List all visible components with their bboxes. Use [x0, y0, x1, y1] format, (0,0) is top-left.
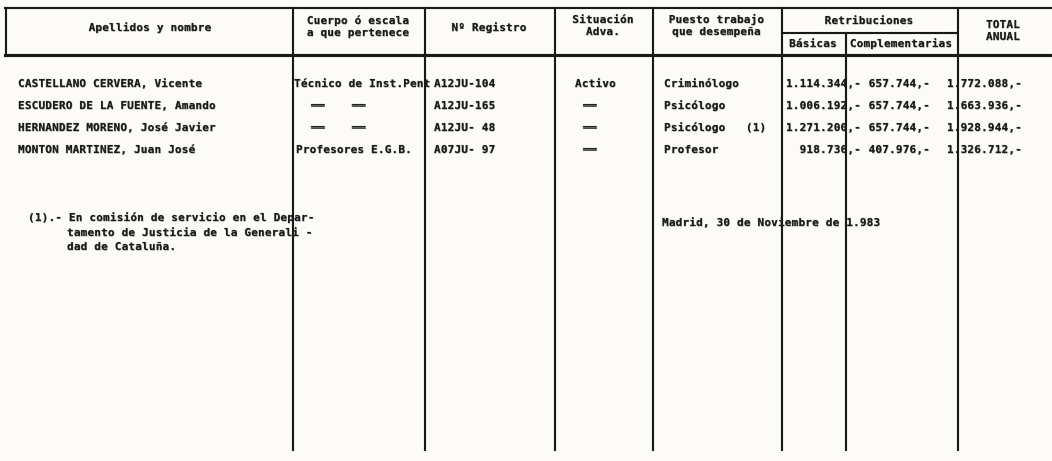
cell-puesto: Profesor	[664, 143, 719, 156]
cell-total: 1.772.088,-	[940, 77, 1022, 90]
footnote-line-1: (1).- En comisión de servicio en el Depa…	[28, 211, 315, 224]
cell-situacion: Activo	[575, 77, 616, 90]
cell-basicas: 1.271.200,-	[745, 121, 861, 134]
cell-complementarias: 657.744,-	[852, 121, 930, 134]
cell-cuerpo-ditto: ══ ══	[311, 121, 366, 134]
scanned-document-page: Apellidos y nombre Cuerpo ó escala a que…	[0, 0, 1052, 461]
date-line: Madrid, 30 de Noviembre de 1.983	[662, 216, 880, 229]
table-row: HERNANDEZ MORENO, José Javier ══ ══ A12J…	[0, 121, 1052, 137]
cell-basicas: 1.114.344,-	[745, 77, 861, 90]
cell-total: 1.928.944,-	[940, 121, 1022, 134]
footnote-line-3: dad de Cataluña.	[67, 240, 176, 253]
column-divider-retribuciones-total	[957, 7, 959, 451]
column-header-registro: Nº Registro	[424, 21, 554, 34]
column-divider-situacion	[652, 7, 654, 451]
column-header-cuerpo-line2: a que pertenece	[292, 26, 424, 39]
table-row: MONTON MARTINEZ, Juan José Profesores E.…	[0, 143, 1052, 159]
cell-registro: A12JU- 48	[434, 121, 495, 134]
cell-situacion-ditto: ══	[583, 143, 597, 156]
cell-complementarias: 407.976,-	[852, 143, 930, 156]
footnote-line-2: tamento de Justicia de la Generali -	[67, 226, 313, 239]
table-row: CASTELLANO CERVERA, Vicente Técnico de I…	[0, 77, 1052, 93]
table-top-border	[4, 7, 1052, 9]
column-header-puesto-line2: que desempeña	[652, 25, 781, 38]
column-header-total-line2: ANUAL	[957, 30, 1049, 43]
cell-puesto: Criminólogo	[664, 77, 739, 90]
column-header-situacion-line2: Adva.	[554, 25, 652, 38]
column-header-retribuciones: Retribuciones	[781, 14, 957, 27]
cell-cuerpo-ditto: ══ ══	[311, 99, 366, 112]
cell-registro: A07JU- 97	[434, 143, 495, 156]
column-divider-registro	[554, 7, 556, 451]
cell-basicas: 1.006.192,-	[745, 99, 861, 112]
column-divider-cuerpo	[424, 7, 426, 451]
cell-cuerpo: Profesores E.G.B.	[296, 143, 412, 156]
column-header-basicas: Básicas	[781, 37, 845, 50]
column-divider-puesto	[781, 7, 783, 451]
cell-total: 1.326.712,-	[940, 143, 1022, 156]
cell-basicas: 918.736,-	[745, 143, 861, 156]
cell-apellidos: CASTELLANO CERVERA, Vicente	[18, 77, 202, 90]
column-header-apellidos: Apellidos y nombre	[8, 21, 292, 34]
cell-apellidos: MONTON MARTINEZ, Juan José	[18, 143, 195, 156]
cell-total: 1.663.936,-	[940, 99, 1022, 112]
column-divider-basicas-complementarias	[845, 32, 847, 451]
table-row: ESCUDERO DE LA FUENTE, Amando ══ ══ A12J…	[0, 99, 1052, 115]
cell-cuerpo: Técnico de Inst.Pent	[294, 77, 430, 90]
cell-complementarias: 657.744,-	[852, 77, 930, 90]
column-header-complementarias: Complementarias	[845, 37, 957, 50]
table-left-border	[5, 7, 7, 57]
table-header-bottom-border	[4, 54, 1052, 57]
cell-registro: A12JU-104	[434, 77, 495, 90]
cell-apellidos: HERNANDEZ MORENO, José Javier	[18, 121, 216, 134]
cell-puesto: Psicólogo	[664, 99, 725, 112]
cell-registro: A12JU-165	[434, 99, 495, 112]
cell-apellidos: ESCUDERO DE LA FUENTE, Amando	[18, 99, 216, 112]
cell-situacion-ditto: ══	[583, 121, 597, 134]
retribuciones-subheader-divider	[781, 32, 957, 34]
cell-situacion-ditto: ══	[583, 99, 597, 112]
cell-complementarias: 657.744,-	[852, 99, 930, 112]
